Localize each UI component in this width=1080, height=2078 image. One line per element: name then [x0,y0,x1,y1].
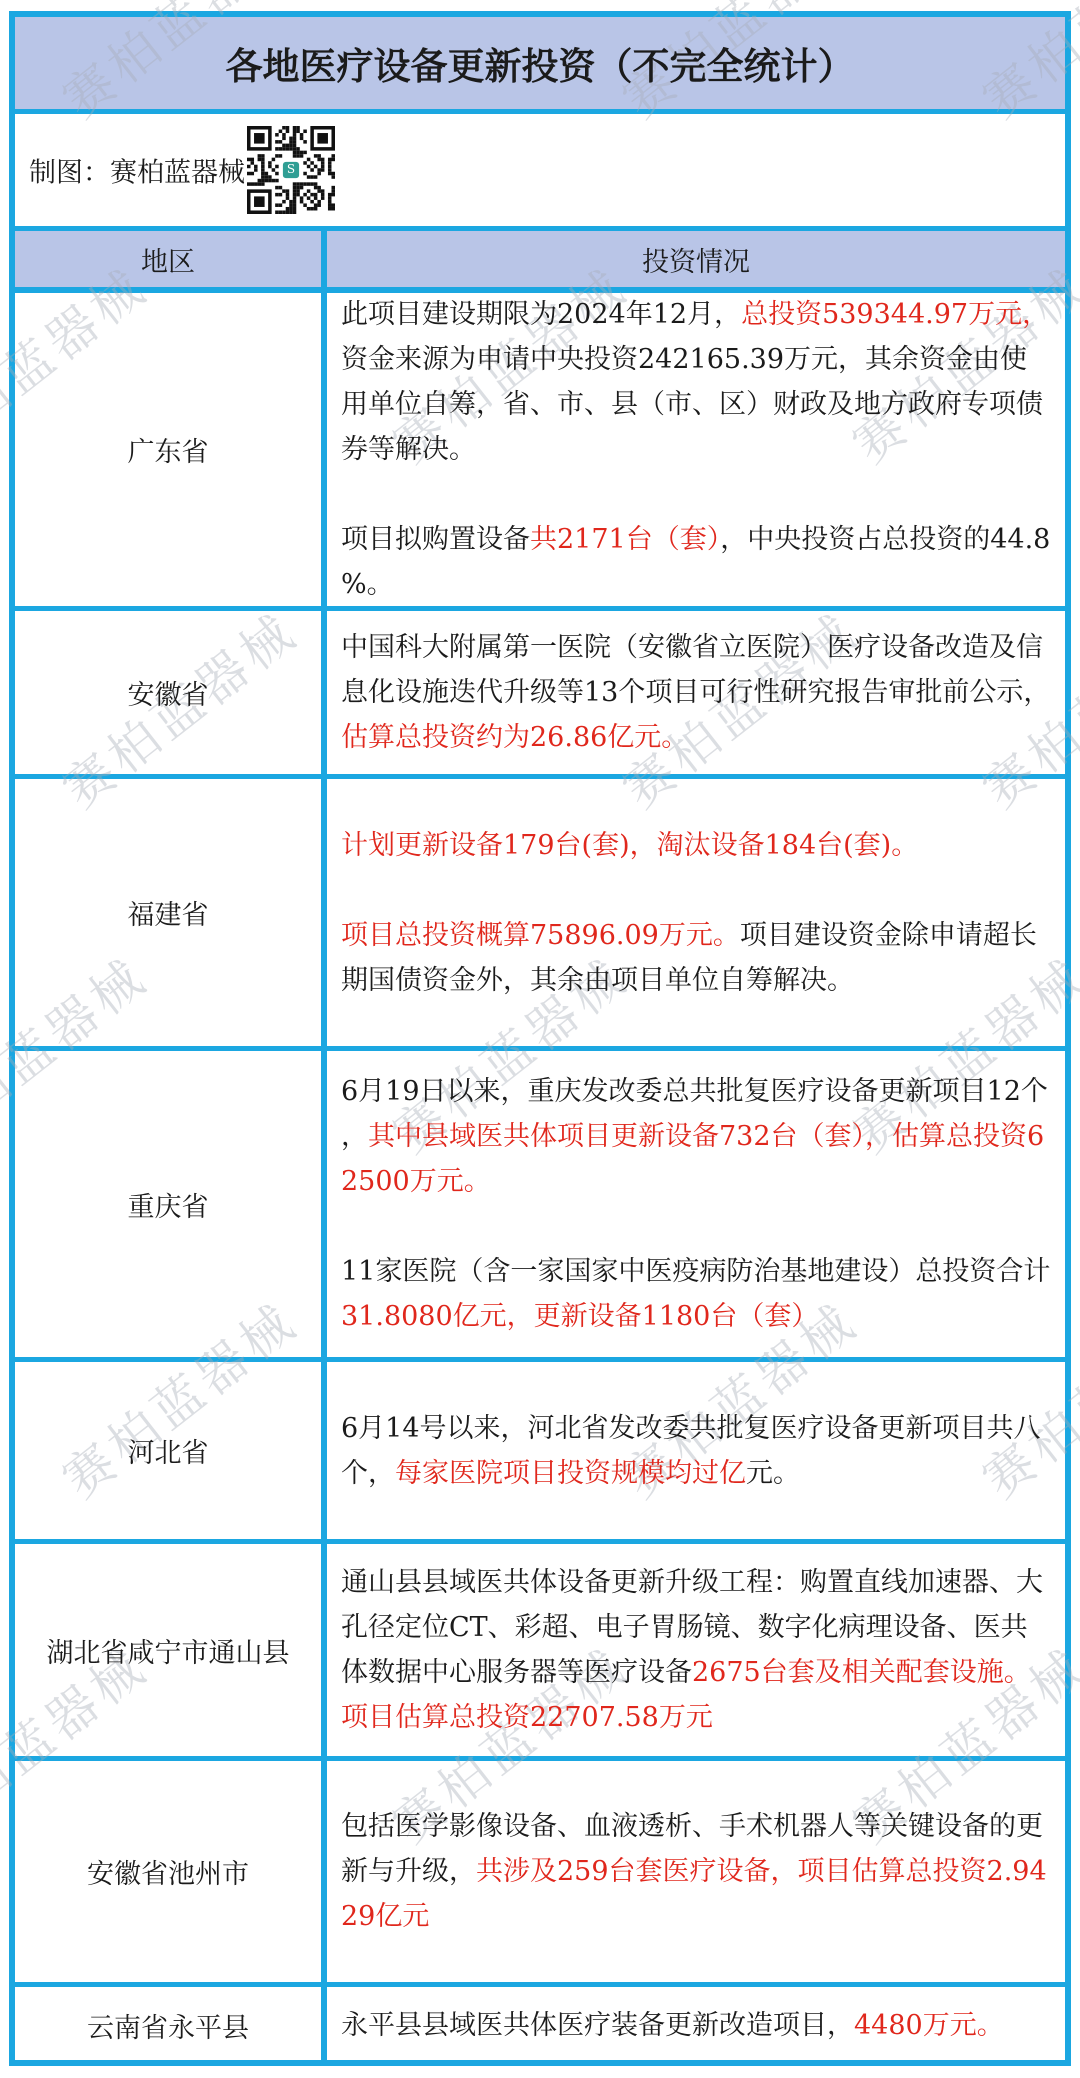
investment-cell: 6月19日以来，重庆发改委总共批复医疗设备更新项目12个，其中县域医共体项目更新… [327,1051,1065,1357]
table-header-row: 地区 投资情况 [15,231,1065,293]
column-header-region: 地区 [15,231,327,287]
credit-label: 制图：赛柏蓝器械 [29,151,245,190]
page-title: 各地医疗设备更新投资（不完全统计） [226,36,855,90]
table-body: 广东省此项目建设期限为2024年12月，总投资539344.97万元，资金来源为… [15,293,1065,2064]
table-row: 重庆省6月19日以来，重庆发改委总共批复医疗设备更新项目12个，其中县域医共体项… [15,1051,1065,1362]
region-cell: 福建省 [15,779,327,1046]
table-row: 福建省计划更新设备179台(套)，淘汰设备184台(套)。项目总投资概算7589… [15,779,1065,1051]
investment-cell: 中国科大附属第一医院（安徽省立医院）医疗设备改造及信息化设施迭代升级等13个项目… [327,611,1065,774]
region-cell: 安徽省池州市 [15,1761,327,1982]
table-row: 云南省永平县永平县县域医共体医疗装备更新改造项目，4480万元。 [15,1987,1065,2064]
region-cell: 广东省 [15,293,327,606]
qr-code-icon: S [247,126,335,214]
investment-cell: 计划更新设备179台(套)，淘汰设备184台(套)。项目总投资概算75896.0… [327,779,1065,1046]
region-cell: 云南省永平县 [15,1987,327,2064]
table-row: 河北省6月14号以来，河北省发改委共批复医疗设备更新项目共八个，每家医院项目投资… [15,1362,1065,1544]
region-cell: 重庆省 [15,1051,327,1357]
investment-cell: 此项目建设期限为2024年12月，总投资539344.97万元，资金来源为申请中… [327,293,1065,606]
table-row: 湖北省咸宁市通山县通山县县域医共体设备更新升级工程：购置直线加速器、大孔径定位C… [15,1544,1065,1761]
investment-cell: 通山县县域医共体设备更新升级工程：购置直线加速器、大孔径定位CT、彩超、电子胃肠… [327,1544,1065,1756]
region-cell: 河北省 [15,1362,327,1539]
credit-band: 制图：赛柏蓝器械 S [15,114,1065,231]
investment-cell: 包括医学影像设备、血液透析、手术机器人等关键设备的更新与升级，共涉及259台套医… [327,1761,1065,1982]
investment-cell: 永平县县域医共体医疗装备更新改造项目，4480万元。 [327,1987,1065,2064]
table-frame: 各地医疗设备更新投资（不完全统计） 制图：赛柏蓝器械 S 地区 投资情况 广东省… [9,11,1071,2066]
table-row: 安徽省池州市包括医学影像设备、血液透析、手术机器人等关键设备的更新与升级，共涉及… [15,1761,1065,1987]
column-header-investment: 投资情况 [327,231,1065,287]
investment-cell: 6月14号以来，河北省发改委共批复医疗设备更新项目共八个，每家医院项目投资规模均… [327,1362,1065,1539]
svg-text:S: S [287,162,295,176]
region-cell: 湖北省咸宁市通山县 [15,1544,327,1756]
region-cell: 安徽省 [15,611,327,774]
infographic-page: 各地医疗设备更新投资（不完全统计） 制图：赛柏蓝器械 S 地区 投资情况 广东省… [0,0,1080,2078]
title-band: 各地医疗设备更新投资（不完全统计） [15,17,1065,114]
table-row: 安徽省中国科大附属第一医院（安徽省立医院）医疗设备改造及信息化设施迭代升级等13… [15,611,1065,779]
table-row: 广东省此项目建设期限为2024年12月，总投资539344.97万元，资金来源为… [15,293,1065,611]
